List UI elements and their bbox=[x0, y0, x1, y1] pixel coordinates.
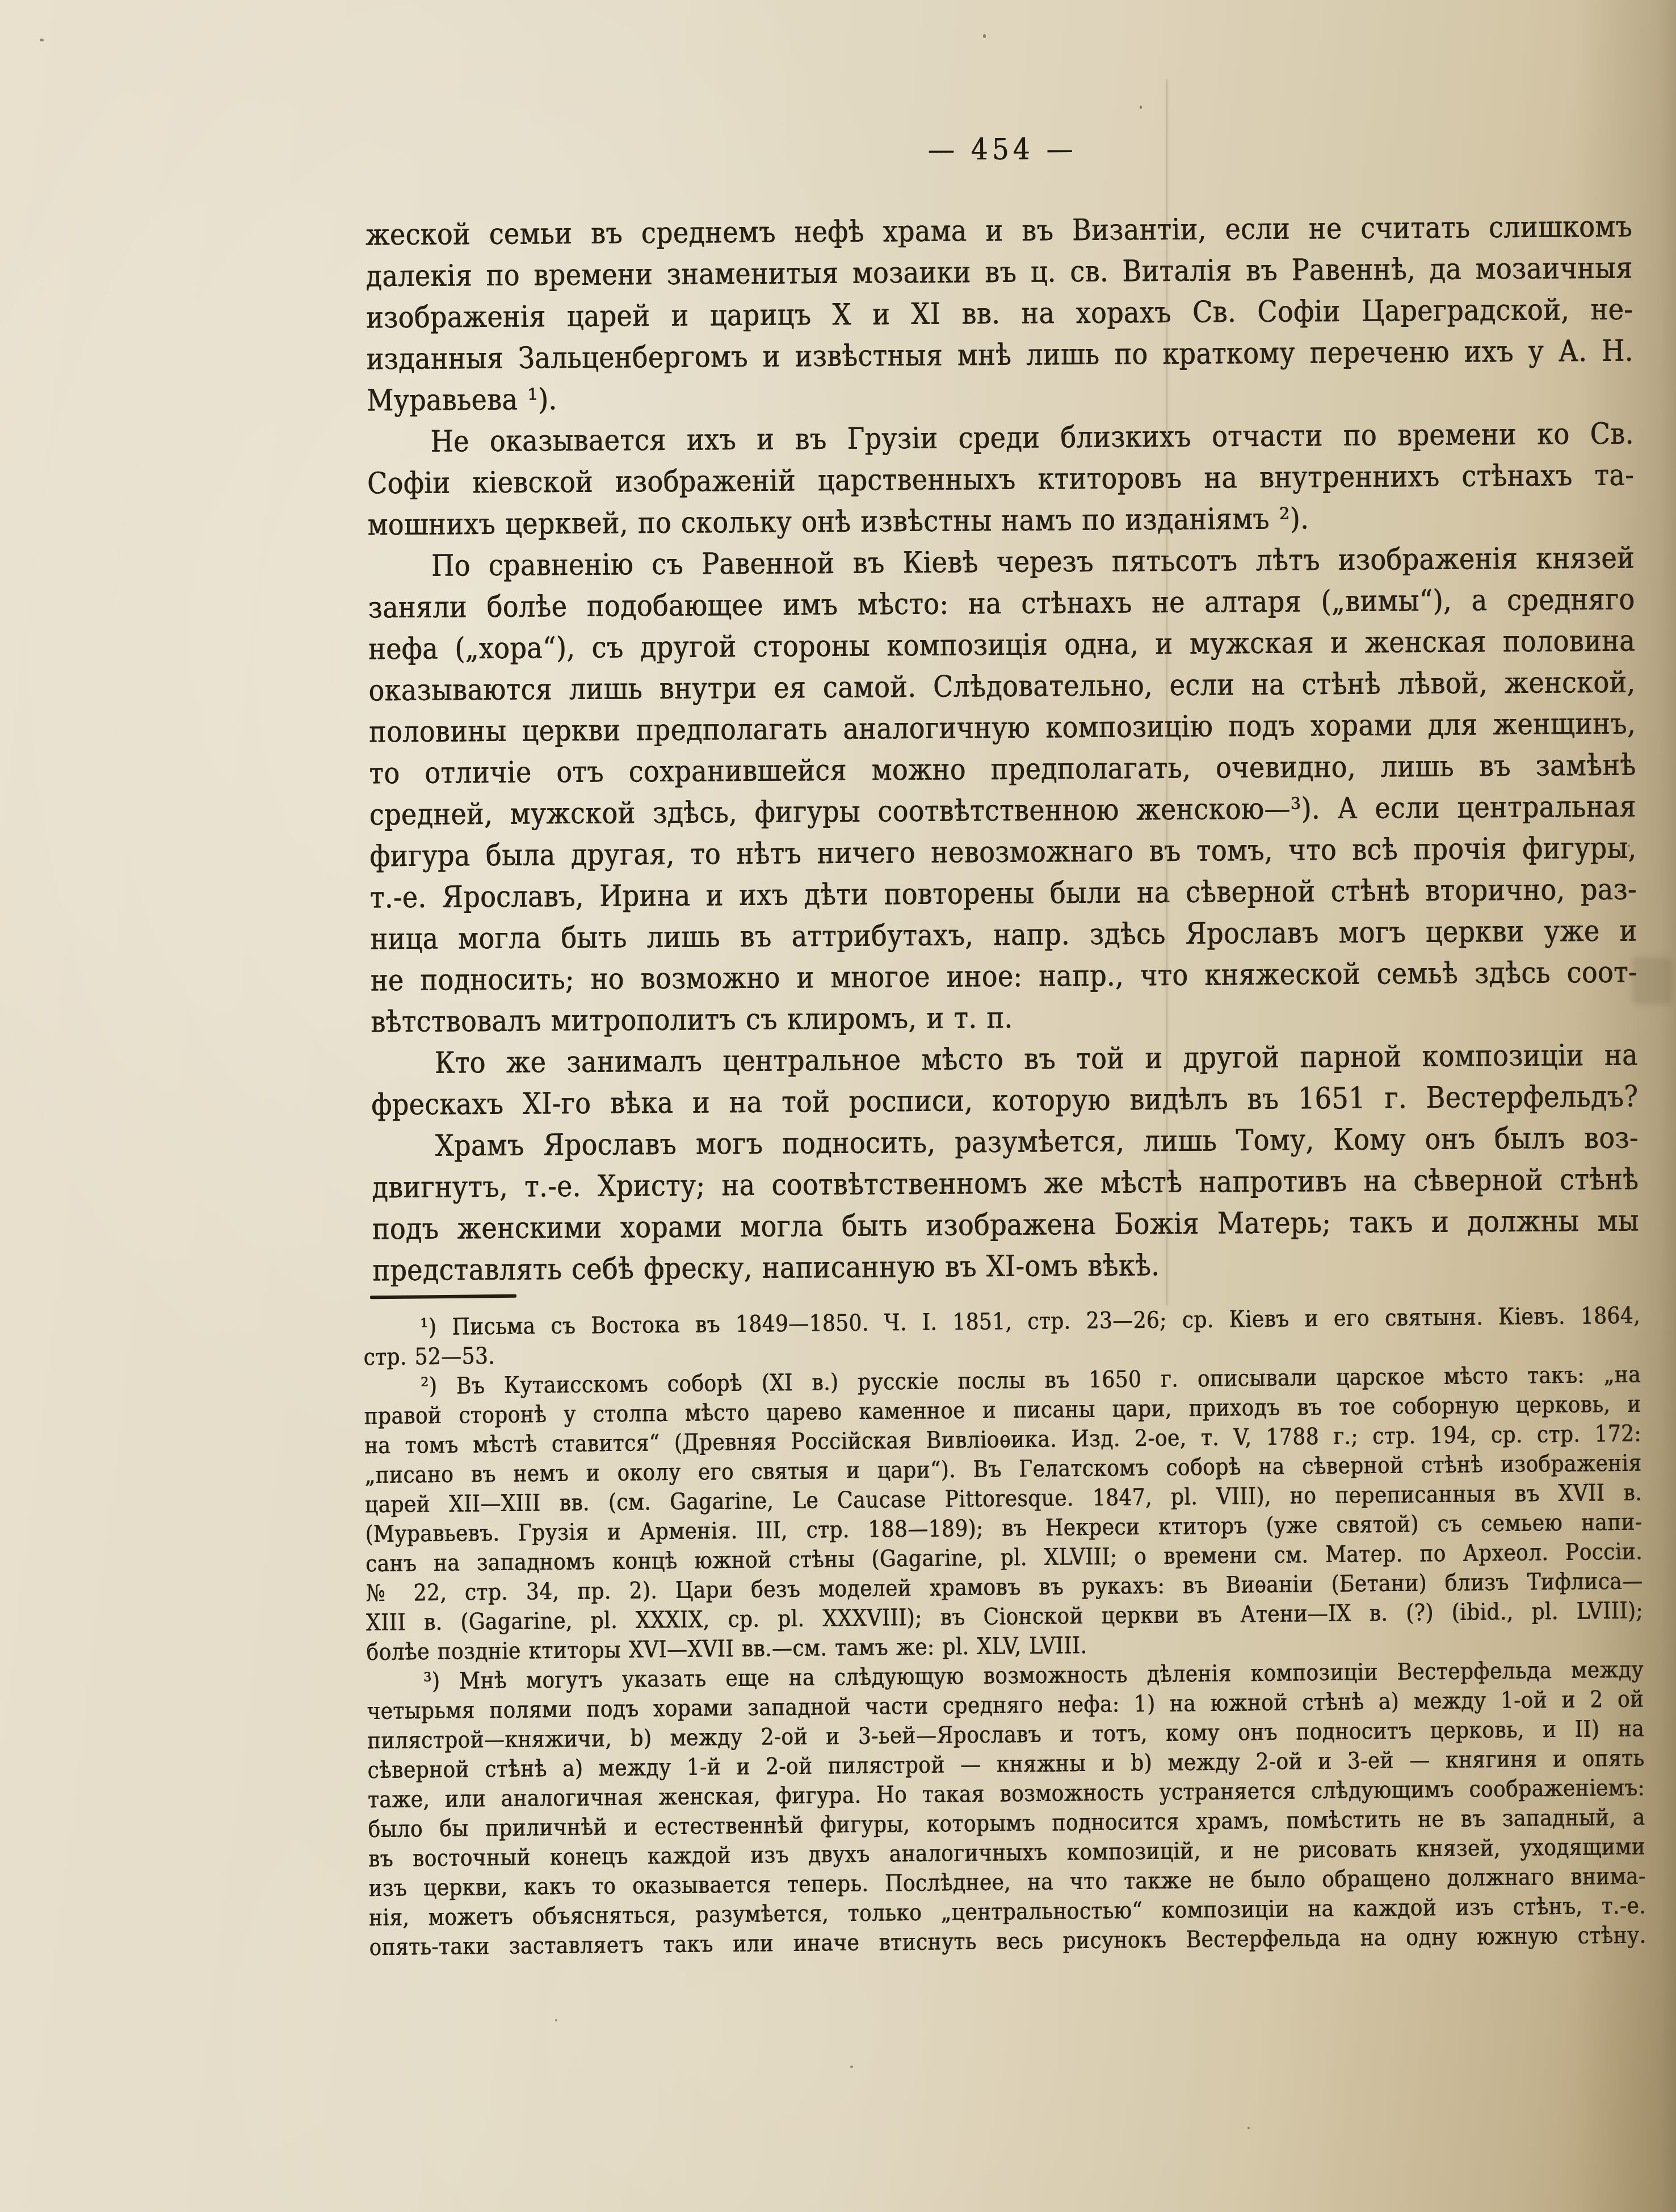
dust-speck bbox=[850, 2066, 853, 2068]
paragraph: По сравненію съ Равенной въ Кіевѣ черезъ… bbox=[368, 537, 1638, 1043]
dust-speck bbox=[40, 39, 44, 41]
footnotes-block: ¹) Письма съ Востока въ 1849—1850. Ч. I.… bbox=[363, 1301, 1646, 1963]
ink-ghost-smudge bbox=[1632, 957, 1672, 1004]
dust-speck bbox=[1247, 2127, 1250, 2129]
text-line: представлять себѣ фреску, написанную въ … bbox=[372, 1239, 1639, 1294]
page-number: — 454 — bbox=[928, 132, 1077, 167]
paragraph: ³) Мнѣ могутъ указать еще на слѣдующую в… bbox=[367, 1655, 1646, 1963]
dust-speck bbox=[555, 2019, 557, 2021]
paper-crease bbox=[1166, 79, 1167, 1305]
dust-speck bbox=[1628, 844, 1630, 847]
paragraph: Храмъ Ярославъ могъ подносить, разумѣетс… bbox=[371, 1117, 1639, 1292]
dust-speck bbox=[1487, 430, 1490, 433]
scanned-book-page: — 454 — жеской семьи въ среднемъ нефѣ хр… bbox=[0, 0, 1676, 2212]
paragraph: ²) Въ Кутаисскомъ соборѣ (XI в.) русскіе… bbox=[364, 1360, 1644, 1668]
main-text-block: жеской семьи въ среднемъ нефѣ храма и въ… bbox=[366, 206, 1640, 1292]
dust-speck bbox=[1140, 106, 1142, 109]
page-header: — 454 — bbox=[369, 131, 1636, 169]
paragraph: Кто же занималъ центральное мѣсто въ той… bbox=[371, 1034, 1638, 1126]
paragraph: жеской семьи въ среднемъ нефѣ храма и въ… bbox=[366, 206, 1633, 422]
dust-speck bbox=[983, 34, 986, 38]
footnote-separator bbox=[370, 1294, 516, 1300]
paragraph: Не оказывается ихъ и въ Грузіи среди бли… bbox=[367, 413, 1634, 546]
